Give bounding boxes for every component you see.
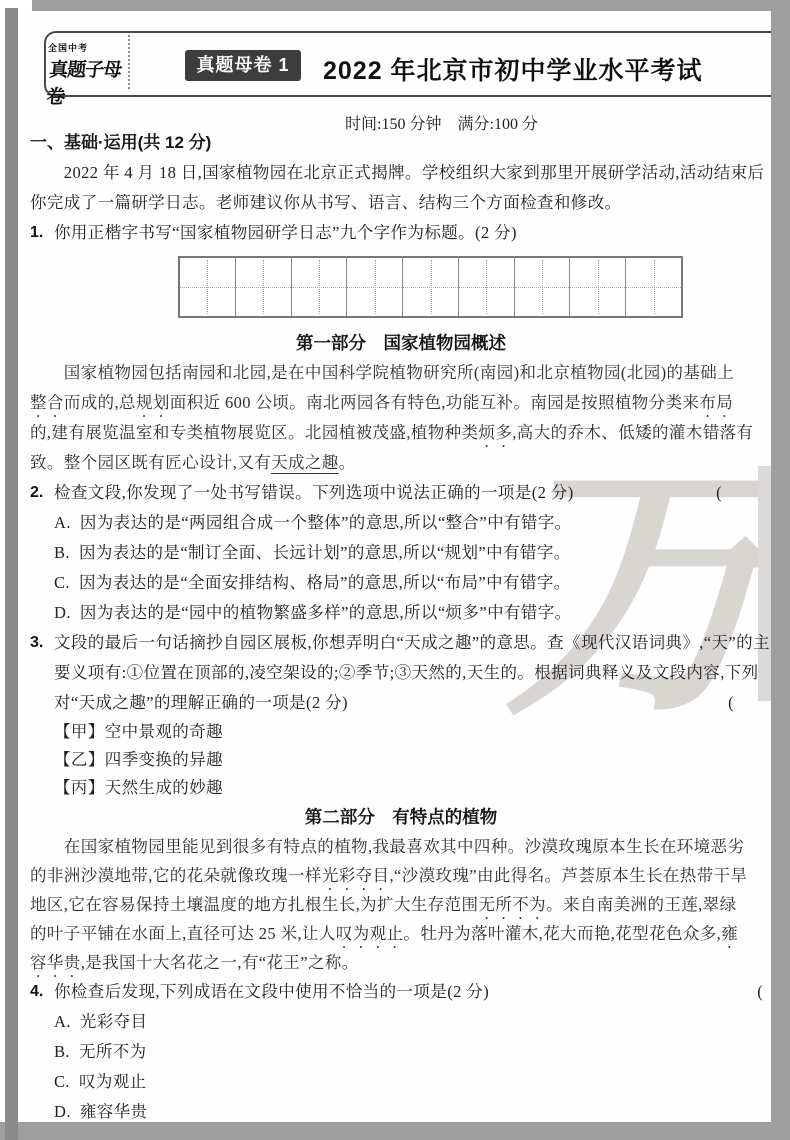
grid-cell [459,258,515,316]
brand-name: 真题子母卷 [45,55,129,109]
answer-bracket: ( [716,478,722,508]
intro-line-1: 2022 年 4 月 18 日,国家植物园在北京正式揭牌。学校组织大家到那里开展… [30,158,771,188]
answer-bracket: ( ) [757,977,771,1007]
option-label: D. [54,1102,71,1121]
option-text: 无所不为 [79,1042,147,1061]
question-3-option-jia: 【甲】空中景观的奇趣 [54,718,771,746]
emphasized-term: 无所不为 [478,895,546,914]
text-segment: 。牡丹为落叶灌木,花大而艳,花型花色众多, [403,924,721,943]
grid-cell [236,258,292,316]
paragraph-line: 在国家植物园里能见到很多有特点的植物,我最喜欢其中四种。沙漠玫瑰原本生长在环境恶… [30,832,771,861]
option-text: 雍容华贵 [80,1102,148,1121]
paragraph-line: 的,建有展览温室和专类植物展览区。北园植被茂盛,植物种类烦多,高大的乔木、低矮的… [30,418,771,448]
option-text: 因为表达的是“制订全面、长远计划”的意思,所以“规划”中有错字。 [79,543,571,562]
text-segment: 的叶子平铺在水面上,直径可达 25 米,让人 [30,924,336,943]
emphasized-term: 规划 [136,393,170,412]
question-3-stem-text: 对“天成之趣”的理解正确的一项是(2 分) [54,693,348,712]
emphasized-term: 容华贵 [30,953,81,972]
part1-heading: 第一部分 国家植物园概述 [30,328,771,358]
question-4-stem-text: 你检查后发现,下列成语在文段中使用不恰当的一项是(2 分) [54,982,489,1001]
option-text: 叹为观止 [79,1072,147,1091]
option-text: 空中景观的奇趣 [105,722,223,741]
grid-cell [180,258,236,316]
underlined-term: 天成之趣 [271,453,339,474]
question-2-stem: 检查文段,你发现了一处书写错误。下列选项中说法正确的一项是(2 分) ( [54,478,771,508]
question-3: 3. 文段的最后一句话摘抄自园区展板,你想弄明白“天成之趣”的意思。查《现代汉语… [30,628,771,802]
grid-cell [626,258,681,316]
question-2-option-c: C.因为表达的是“全面安排结构、格局”的意思,所以“布局”中有错字。 [54,568,771,598]
text-segment: 面积近 600 公顷。南北两园各有特色,功能互补。南园是按照植物分类来 [170,393,700,412]
text-segment: 。来自南美洲的王莲,翠绿 [546,895,736,914]
question-2-option-b: B.因为表达的是“制订全面、长远计划”的意思,所以“规划”中有错字。 [54,538,771,568]
option-label: D. [54,603,71,622]
question-4-option-b: B.无所不为 [54,1037,771,1067]
question-1-number: 1. [30,218,43,248]
option-label: 【乙】 [54,750,105,769]
exam-title: 2022 年北京市初中学业水平考试 [323,51,703,87]
text-segment: 而成的,总 [64,393,136,412]
option-label: C. [54,1072,70,1091]
option-label: A. [54,1012,71,1031]
question-2-option-d: D.因为表达的是“园中的植物繁盛多样”的意思,所以“烦多”中有错字。 [54,598,771,628]
text-segment: ,高大的乔木、低矮的灌木错落有 [512,423,753,442]
paragraph-line: 容华贵,是我国十大名花之一,有“花王”之称。 [30,948,771,977]
question-4-stem: 你检查后发现,下列成语在文段中使用不恰当的一项是(2 分) ( ) [54,977,771,1007]
grid-cell [570,258,626,316]
emphasized-term: 布局 [699,393,733,412]
answer-bracket: ( [728,688,734,718]
option-text: 四季变换的异趣 [105,750,223,769]
emphasized-term: 整合 [30,393,64,412]
question-3-option-bing: 【丙】天然生成的妙趣 [54,774,771,802]
question-4-option-d: D.雍容华贵 [54,1097,771,1122]
question-4-option-c: C.叹为观止 [54,1067,771,1097]
part2-paragraph: 在国家植物园里能见到很多有特点的植物,我最喜欢其中四种。沙漠玫瑰原本生长在环境恶… [30,832,771,977]
option-label: C. [54,573,70,592]
paper-number-badge: 真题母卷 1 [185,50,301,81]
option-text: 光彩夺目 [80,1012,148,1031]
text-segment: 国家植物园包括南园和北园,是在中国科学院植物研究所(南园)和北京植物园(北园)的… [30,363,734,382]
text-segment: 地区,它在容易保持土壤温度的地方扎根生长,为扩大生存范围 [30,895,478,914]
option-label: A. [54,513,71,532]
exam-page: 万 全国中考 真题子母卷 真题母卷 1 2022 年北京市初中学业水平考试 时间… [18,11,771,1122]
grid-cell [347,258,403,316]
question-3-option-yi: 【乙】四季变换的异趣 [54,746,771,774]
text-segment: ,是我国十大名花之一,有“花王”之称。 [81,953,359,972]
paragraph-line: 的非洲沙漠地带,它的花朵就像玫瑰一样光彩夺目,“沙漠玫瑰”由此得名。芦荟原本生长… [30,861,771,890]
option-label: B. [54,543,70,562]
paragraph-line: 地区,它在容易保持土壤温度的地方扎根生长,为扩大生存范围无所不为。来自南美洲的王… [30,890,771,919]
text-segment: 在国家植物园里能见到很多有特点的植物,我最喜欢其中四种。沙漠玫瑰原本生长在环境恶… [30,837,744,856]
question-3-stem-line2: 要义项有:①位置在顶部的,凌空架设的;②季节;③天然的,天生的。根据词典释义及文… [54,658,771,688]
question-1-stem: 你用正楷字书写“国家植物园研学日志”九个字作为标题。(2 分) [54,218,771,248]
scan-book-spine [5,8,18,1140]
emphasized-term: 烦多 [478,423,512,442]
question-3-number: 3. [30,628,43,658]
grid-cell [292,258,348,316]
question-2-stem-text: 检查文段,你发现了一处书写错误。下列选项中说法正确的一项是(2 分) [54,483,574,502]
section-heading: 一、基础·运用(共 12 分) [30,128,771,158]
option-text: 天然生成的妙趣 [105,778,223,797]
question-2-option-a: A.因为表达的是“两园组合成一个整体”的意思,所以“整合”中有错字。 [54,508,771,538]
scan-edge-bottom [0,1122,790,1140]
header-dotted-divider [128,35,130,89]
paragraph-line: 国家植物园包括南园和北园,是在中国科学院植物研究所(南园)和北京植物园(北园)的… [30,358,771,388]
text-segment: 的,建有展览温室和专类植物展览区。北园植被茂盛,植物种类 [30,423,478,442]
option-text: 因为表达的是“全面安排结构、格局”的意思,所以“布局”中有错字。 [79,573,571,592]
option-label: 【甲】 [54,722,105,741]
question-2-number: 2. [30,478,43,508]
emphasized-term: 叹为观止 [336,924,404,943]
paragraph-line: 整合而成的,总规划面积近 600 公顷。南北两园各有特色,功能互补。南园是按照植… [30,388,771,418]
grid-cell [515,258,571,316]
brand-logo: 全国中考 真题子母卷 [48,41,126,109]
text-segment: 的非洲沙漠地带,它的花朵就像玫瑰一样 [30,866,322,885]
handwriting-grid [178,256,683,318]
text-segment: 致。整个园区既有匠心设计,又有 [30,453,271,472]
exam-content: 一、基础·运用(共 12 分) 2022 年 4 月 18 日,国家植物园在北京… [30,128,771,1122]
text-segment: ,“沙漠玫瑰”由此得名。芦荟原本生长在热带干旱 [389,866,747,885]
option-text: 因为表达的是“园中的植物繁盛多样”的意思,所以“烦多”中有错字。 [80,603,572,622]
emphasized-term: 雍 [721,924,738,943]
option-label: 【丙】 [54,778,105,797]
question-1: 1. 你用正楷字书写“国家植物园研学日志”九个字作为标题。(2 分) [30,218,771,248]
part1-paragraph: 国家植物园包括南园和北园,是在中国科学院植物研究所(南园)和北京植物园(北园)的… [30,358,771,478]
grid-cell [403,258,459,316]
option-label: B. [54,1042,70,1061]
brand-tagline: 全国中考 [48,41,126,54]
question-3-stem-line1: 文段的最后一句话摘抄自园区展板,你想弄明白“天成之趣”的意思。查《现代汉语词典》… [54,628,771,658]
question-4: 4. 你检查后发现,下列成语在文段中使用不恰当的一项是(2 分) ( ) A.光… [30,977,771,1122]
paragraph-line: 致。整个园区既有匠心设计,又有天成之趣。 [30,448,771,478]
option-text: 因为表达的是“两园组合成一个整体”的意思,所以“整合”中有错字。 [80,513,572,532]
emphasized-term: 光彩夺目 [322,866,390,885]
question-4-option-a: A.光彩夺目 [54,1007,771,1037]
part2-heading: 第二部分 有特点的植物 [30,802,771,832]
question-3-stem-line3: 对“天成之趣”的理解正确的一项是(2 分) ( [54,688,771,718]
scan-edge-right [771,0,790,1140]
question-2: 2. 检查文段,你发现了一处书写错误。下列选项中说法正确的一项是(2 分) ( … [30,478,771,628]
text-segment: 。 [339,453,356,472]
intro-line-2: 你完成了一篇研学日志。老师建议你从书写、语言、结构三个方面检查和修改。 [30,188,771,218]
question-4-number: 4. [30,977,43,1007]
paragraph-line: 的叶子平铺在水面上,直径可达 25 米,让人叹为观止。牡丹为落叶灌木,花大而艳,… [30,919,771,948]
